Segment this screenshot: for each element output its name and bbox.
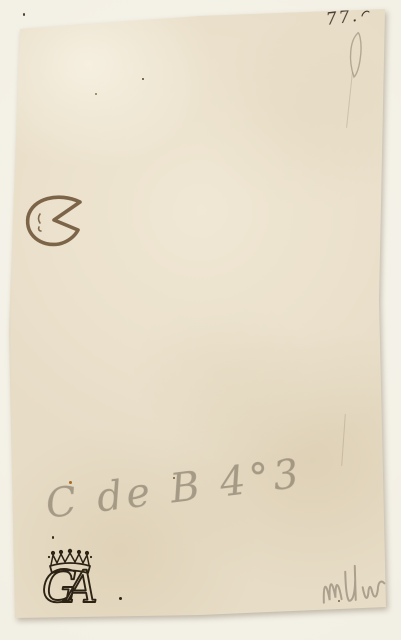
ink-speck [119, 597, 122, 600]
inventory-number-annotation: 77. [325, 6, 360, 30]
ink-speck [52, 536, 54, 539]
paper-crease [341, 414, 346, 466]
pencil-loop-icon [346, 30, 368, 80]
photo-of-drawing-verso: 77. C de B 4°3 [0, 0, 401, 640]
pencil-inscription: C de B 4°3 [43, 451, 305, 528]
superscript-tick-mark [361, 9, 371, 19]
pencil-scribble-icon [315, 545, 392, 615]
paper-speck [173, 477, 175, 479]
paper-speck [95, 93, 97, 95]
paper-crease [346, 72, 353, 128]
crowned-monogram-stamp-icon: G A [40, 544, 102, 608]
paper-sheet: 77. C de B 4°3 [0, 0, 401, 640]
crescent-stamp-icon [23, 192, 85, 248]
monogram-letter-a: A [62, 562, 98, 608]
rust-speck [69, 481, 72, 484]
paper-sheet-shadow: 77. C de B 4°3 [0, 0, 401, 640]
paper-speck [338, 600, 340, 602]
paper-speck [142, 78, 144, 80]
mount-speck [23, 13, 25, 16]
